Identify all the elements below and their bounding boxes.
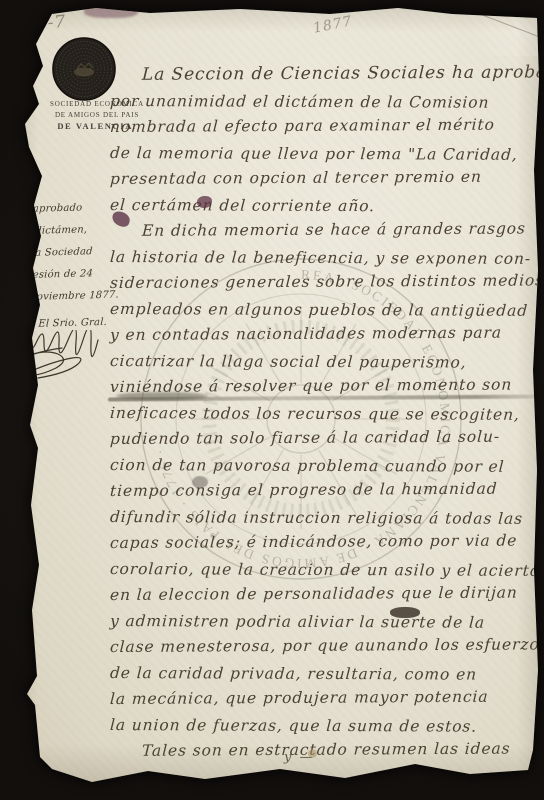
manuscript-body: La Seccion de Ciencias Sociales ha aprob… (110, 62, 540, 764)
secretary-signature-flourish (2, 330, 124, 402)
manuscript-line: capas sociales; é indicándose, como por … (109, 527, 540, 556)
paper-shadow-wrap: REAL SOCIEDAD ECONOMICA VALENCIANA · DE … (0, 0, 544, 800)
approval-margin-note: Fué aprobadoeste dictámen,por la Socieda… (9, 197, 117, 337)
edge-ink-smear (84, 5, 138, 18)
document-page: REAL SOCIEDAD ECONOMICA VALENCIANA · DE … (0, 0, 544, 800)
manuscript-line: nombrada al efecto para examinar el méri… (109, 111, 540, 140)
bottom-pencil-glyph-top: + (16, 707, 29, 724)
corner-fold-highlight (434, 0, 544, 56)
society-seal-stamp-icon (51, 36, 117, 102)
year-pencil-note: 1877 (312, 13, 354, 36)
crossed-out-word-blot (390, 607, 420, 618)
manuscript-line: Tales son en estractado resumen las idea… (109, 735, 540, 764)
manuscript-line: La Seccion de Ciencias Sociales ha aprob… (109, 59, 540, 88)
manuscript-line: En dicha memoria se hace á grandes rasgo… (109, 215, 540, 244)
manuscript-line: la mecánica, que produjera mayor potenci… (109, 683, 540, 712)
fold-smudge (116, 392, 208, 400)
manuscript-line: sideraciones generales sobre los distint… (109, 267, 540, 296)
foxing-spot (308, 749, 317, 758)
manuscript-line: tiempo consiga el progreso de la humanid… (109, 475, 540, 504)
bottom-left-pencil-mark: + 7 (14, 707, 29, 740)
margin-note-line: este dictámen, (10, 219, 115, 244)
margin-note-line: en sesión de 24 (11, 263, 116, 288)
shelfmark-pencil-note: V-7 (35, 12, 67, 35)
manuscript-line: y en contadas nacionalidades modernas pa… (109, 319, 540, 348)
margin-note-line: Fué aprobado (9, 197, 114, 222)
margin-note-line: de Noviembre 1877. (11, 285, 116, 310)
manuscript-line: en la eleccion de personalidades que le … (109, 579, 540, 608)
margin-note-line: por la Sociedad (10, 241, 115, 266)
bottom-pencil-glyph-bottom: 7 (14, 723, 27, 740)
manuscript-line: clase menesterosa, por que aunando los e… (109, 631, 540, 660)
manuscript-line: pudiendo tan solo fiarse á la caridad la… (109, 423, 540, 452)
smudge-spot (192, 476, 208, 488)
scanned-manuscript: REAL SOCIEDAD ECONOMICA VALENCIANA · DE … (0, 0, 544, 800)
manuscript-line: presentada con opcion al tercer premio e… (109, 163, 540, 192)
